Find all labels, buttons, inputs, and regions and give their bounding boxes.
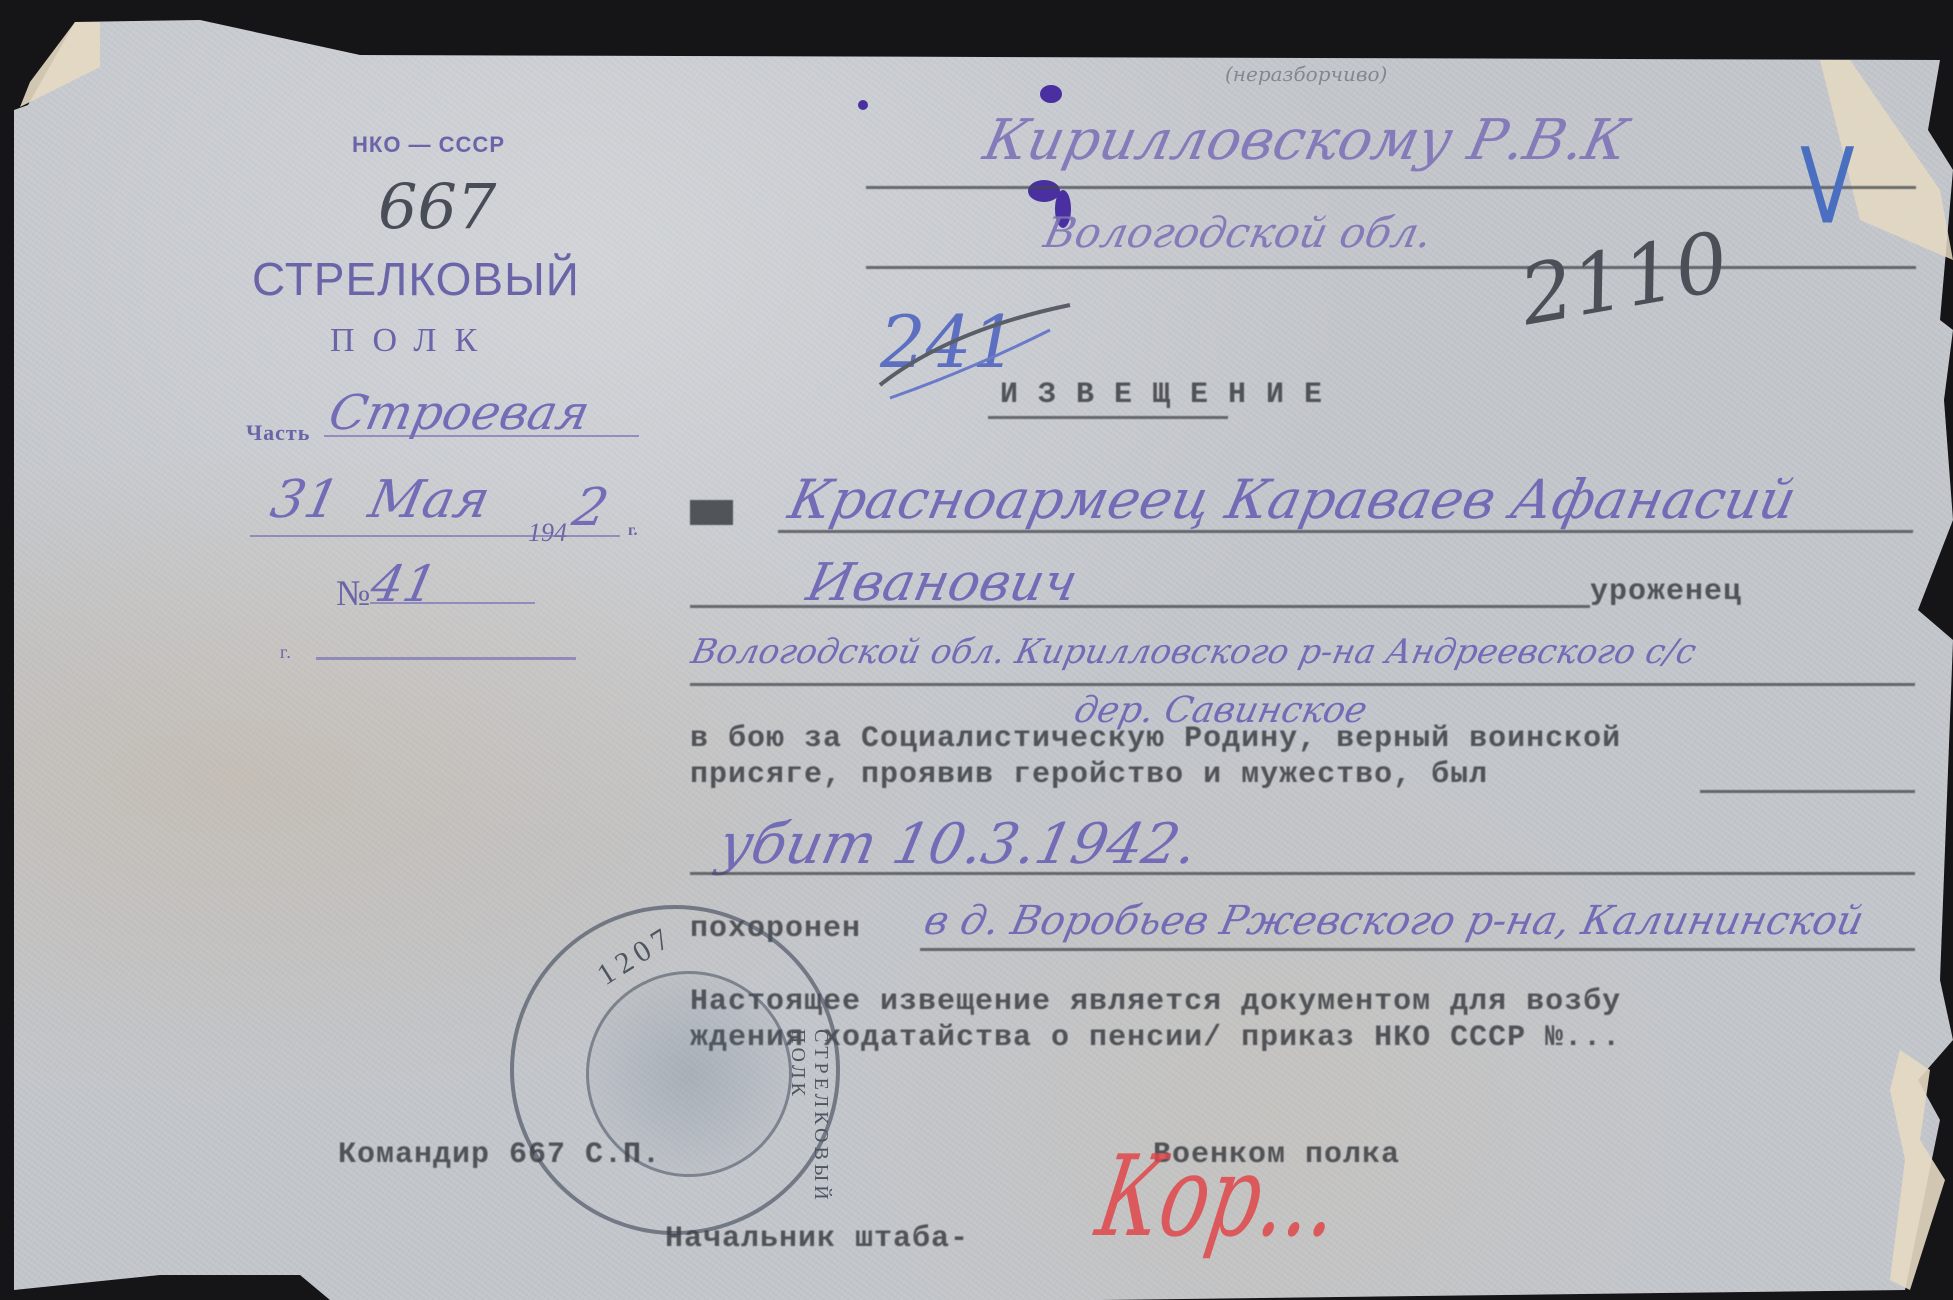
red-signature: Кор...: [1089, 1131, 1350, 1261]
chief-of-staff-label: Начальник штаба-: [665, 1222, 969, 1256]
number-underline: [370, 602, 535, 604]
date-suffix: г.: [628, 522, 637, 540]
origin-line1: Вологодской обл. Кирилловского р-на Андр…: [688, 632, 1700, 672]
date-month: Мая: [364, 470, 495, 530]
official-seal: 1207 СТРЕЛКОВЫЙ ПОЛК: [510, 905, 840, 1235]
pencil-note-top: (неразборчиво): [1225, 62, 1387, 86]
patronymic: Иванович: [802, 553, 1083, 613]
org-stamp: НКО — СССР: [352, 132, 505, 158]
date-day: 31: [266, 470, 345, 530]
ink-blot: [1040, 85, 1062, 103]
check-mark-icon: V: [1800, 126, 1855, 247]
part-value: Строевая: [324, 385, 595, 441]
date-year-prefix: 194: [528, 518, 567, 548]
part-underline: [324, 435, 639, 437]
native-label: уроженец: [1590, 575, 1742, 609]
burial-place: в д. Воробьев Ржевского р-на, Калининско…: [920, 898, 1868, 944]
letterhead-line1: СТРЕЛКОВЫЙ: [252, 252, 580, 306]
title-underline: [988, 416, 1228, 419]
part-label: Часть: [246, 420, 310, 446]
death-record: убит 10.3.1942.: [713, 812, 1203, 877]
origin-underline: [690, 683, 1915, 686]
body-typed-line2: присяге, проявив геройство и мужество, б…: [690, 758, 1488, 792]
regiment-number: 667: [378, 170, 496, 243]
patronymic-underline: [690, 605, 1590, 608]
city-underline: [316, 657, 576, 660]
was-underline: [1700, 790, 1915, 793]
addressee-line1: Кирилловскому Р.В.К: [978, 108, 1634, 173]
rank-prefix: Ваш: [690, 500, 733, 525]
document-title: ИЗВЕЩЕНИЕ: [1000, 378, 1342, 412]
letterhead-line2: ПОЛК: [330, 322, 495, 360]
date-underline: [250, 535, 620, 537]
recipient-name: Красноармеец Караваев Афанасий: [783, 468, 1801, 531]
addressee-line2: Вологодской обл.: [1040, 208, 1437, 257]
recipient-underline: [778, 530, 1913, 533]
seal-text: СТРЕЛКОВЫЙ ПОЛК: [812, 1029, 832, 1231]
ink-blot: [858, 100, 868, 110]
number-value: 41: [366, 555, 442, 613]
addressee-underline-1: [866, 186, 1916, 189]
death-underline: [690, 872, 1915, 875]
addressee-underline-2: [866, 266, 1916, 269]
commander-label: Командир 667 С.П.: [338, 1138, 661, 1172]
city-label: г.: [280, 642, 292, 663]
body-typed-line1: в бою за Социалистическую Родину, верный…: [690, 722, 1621, 756]
burial-underline: [920, 948, 1915, 951]
